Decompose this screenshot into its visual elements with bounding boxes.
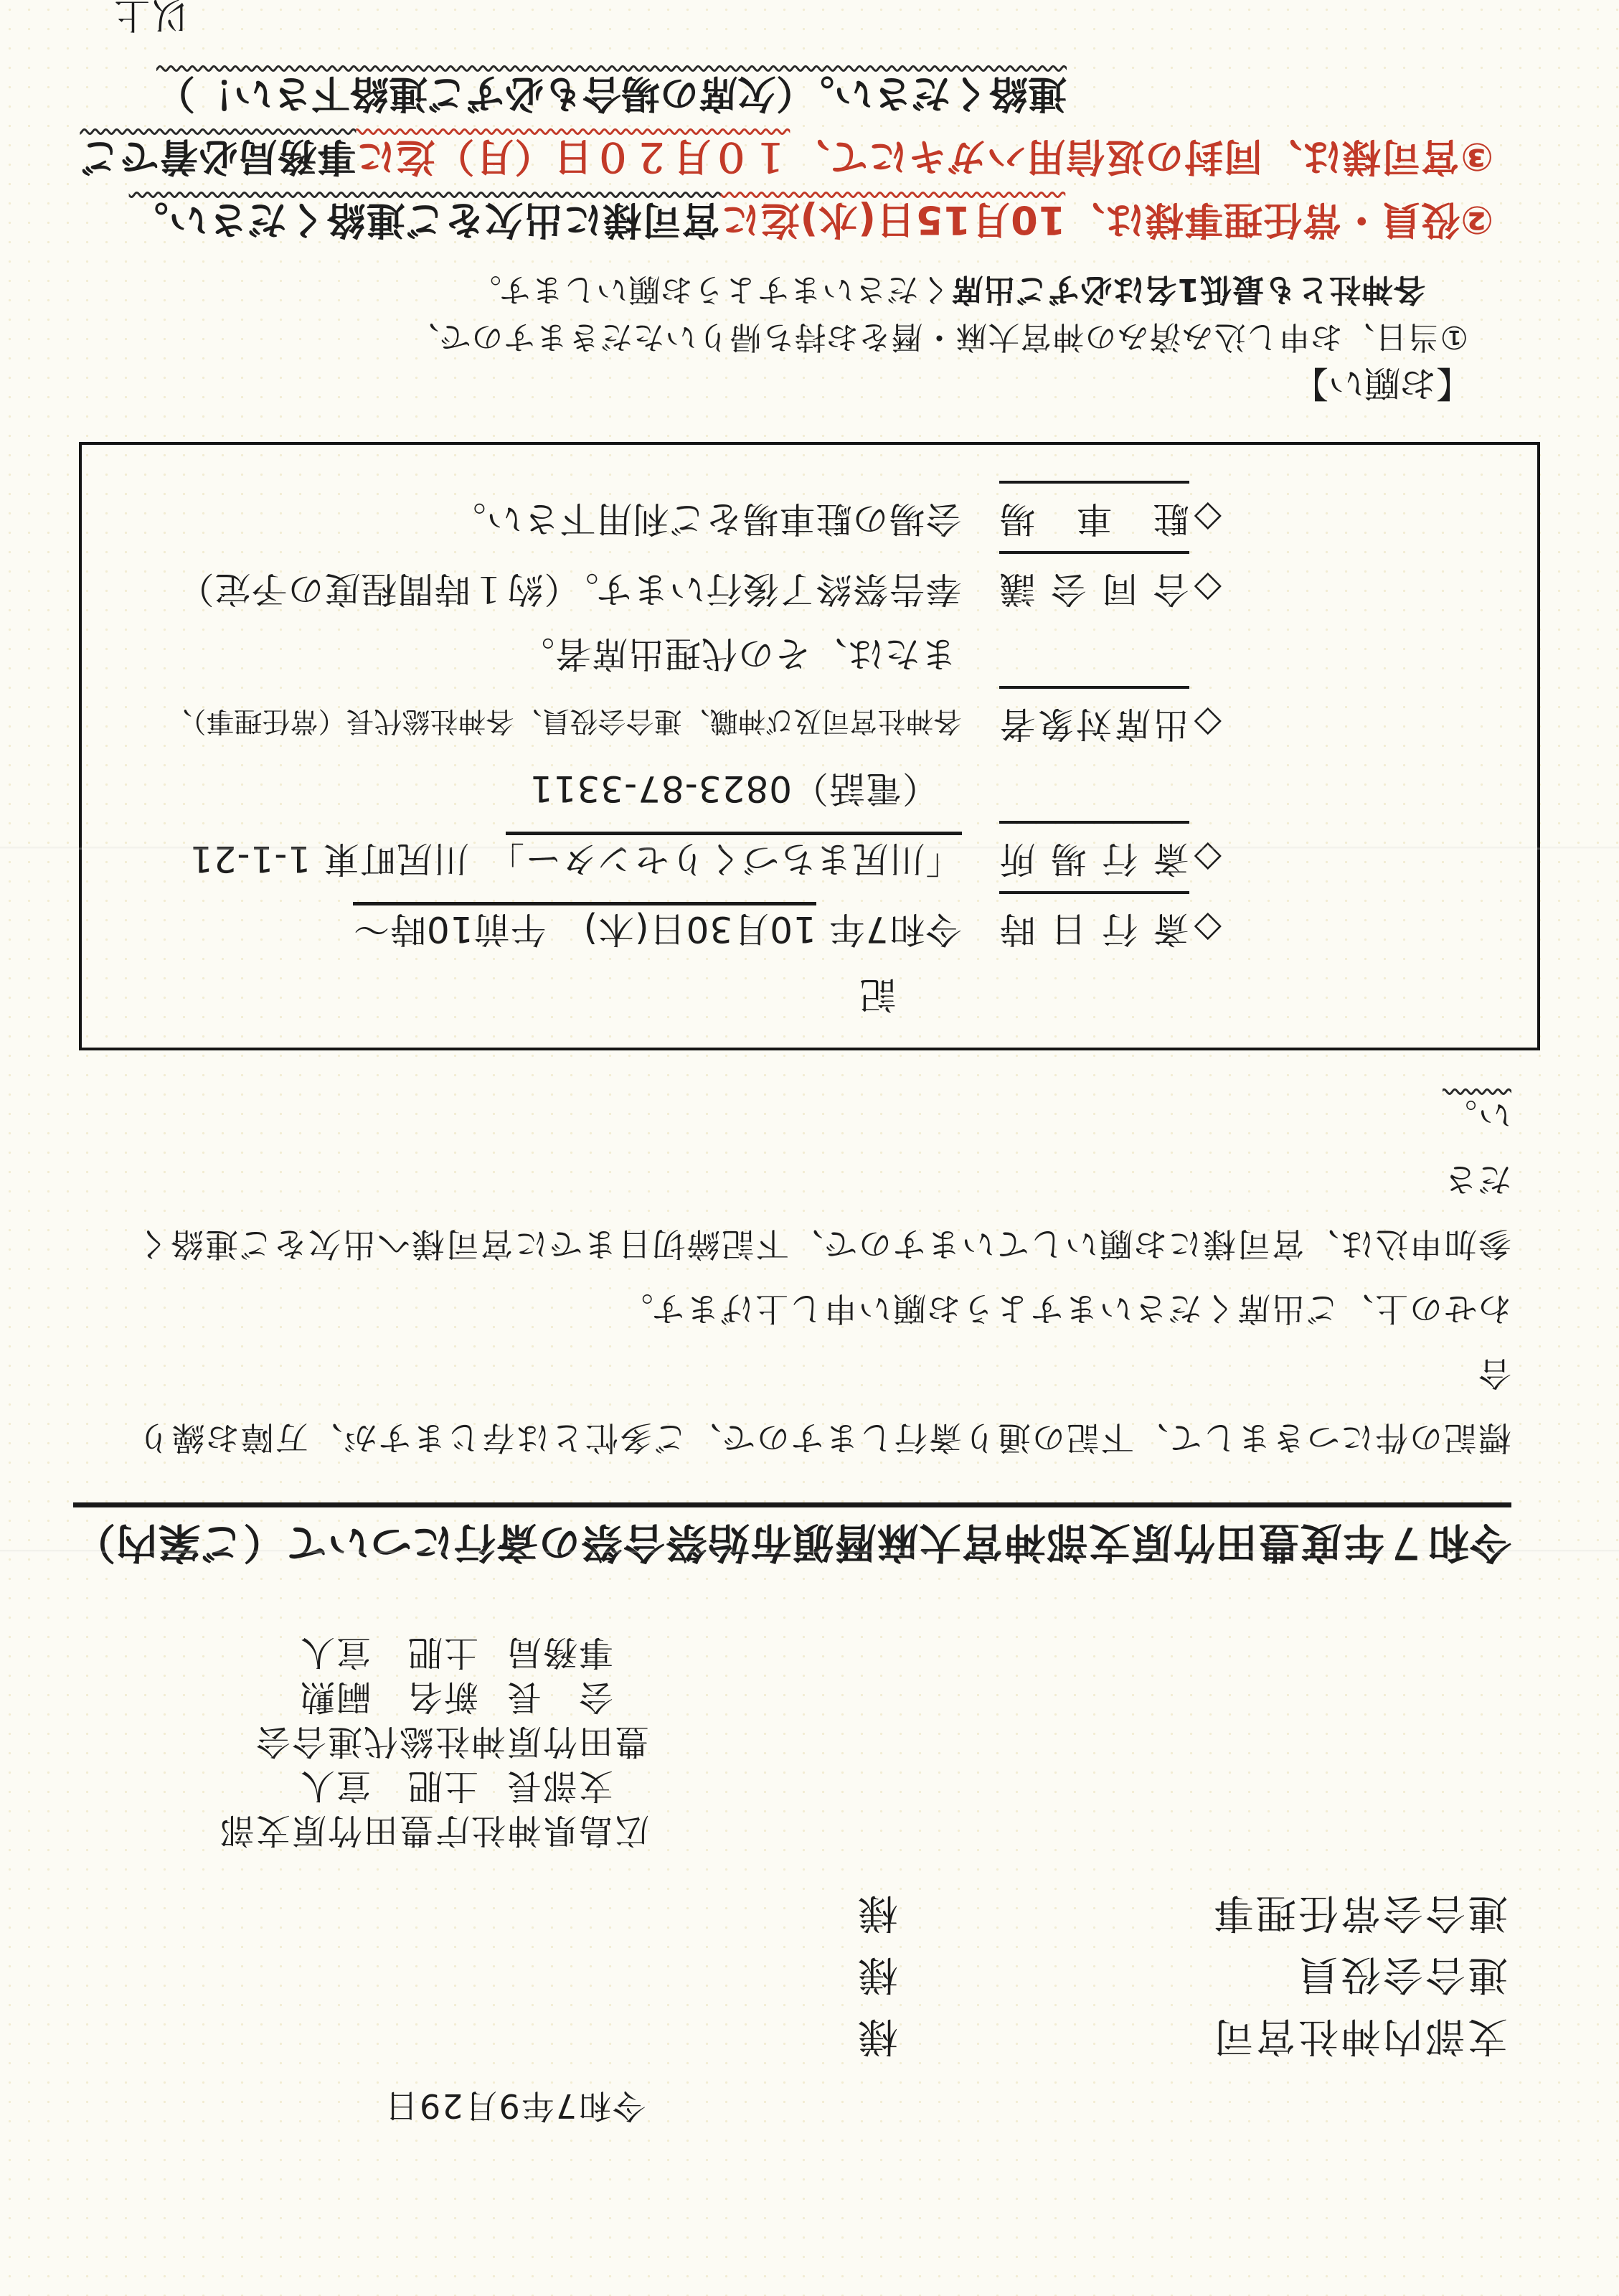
recipient-line: 連合会常任理事様 — [108, 1881, 1508, 1943]
sender-org2: 豊田竹原神社総代連合会 — [219, 1719, 649, 1764]
para1-line2: わせの上、ご出席くださいますようお願い申し上げます。 — [619, 1289, 1511, 1328]
sender-org1: 広島県神社庁豊田竹原支部 — [219, 1808, 649, 1853]
diamond-icon: ◇ — [1194, 568, 1222, 610]
body-paragraph-2: 参加申込は、宮司様にお願いしていますので、下記締切日までに宮司様へ出欠をご連絡く… — [108, 1083, 1511, 1276]
notice-row-parking: ◇駐車場会場の駐車場をご利用下さい。 — [103, 481, 1222, 551]
datetime-underlined: 10月30日(木) 午前10時～ — [353, 902, 816, 950]
notice-row-phone: （電話）0823-87-3311 — [103, 756, 1222, 821]
letter-sheet-rotated-180: 令和7年9月29日 支部内神社宮司様 連合会役員様 連合会常任理事様 広島県神社… — [0, 0, 1619, 2296]
place-phone: （電話）0823-87-3311 — [529, 768, 938, 809]
notice-row-attendees: ◇出席対象者各神社宮司及び神職、連合会役員、各神社総代長（常任理事）、 — [103, 686, 1222, 756]
parking-value: 会場の駐車場をご利用下さい。 — [450, 498, 962, 540]
diamond-icon: ◇ — [1194, 498, 1222, 540]
attendees-value: 各神社宮司及び神職、連合会役員、各神社総代長（常任理事）、 — [164, 705, 962, 737]
note2-red-deadline: 10月15日(水)迄に — [721, 197, 1066, 243]
notice-row-place: ◇斎行場所「川尻まちづくりセンター」 川尻町東 1-1-21 — [103, 821, 1222, 891]
recipient-honorific: 様 — [856, 2013, 898, 2059]
note-1: ①当日、お申し込み済みの神宮大麻・暦をお持ち帰りいただきますので、 各神社とも最… — [108, 265, 1468, 360]
note3-red-deadline: １０月２０日（月）迄に — [356, 134, 790, 179]
notice-row-attendees-cont: または、その代理出席者。 — [103, 621, 1222, 686]
recipient-name: 連合会役員 — [898, 1943, 1508, 2005]
note3-black-rest: 事務局必着でご — [80, 134, 356, 179]
note2-red-lead: ②役員・常任理事様は、 — [1065, 197, 1493, 243]
para2-line2-wavy: い。 — [1443, 1096, 1511, 1134]
diamond-icon: ◇ — [1194, 703, 1222, 745]
sender-role2: 会 長 — [506, 1677, 613, 1717]
notes-heading: 【お願い】 — [108, 360, 1472, 406]
datetime-plain: 令和7年 — [816, 908, 962, 950]
recipient-honorific: 様 — [856, 1889, 898, 1936]
note1-line2: 各神社とも最低1名は必ずご出席くださいますようお願いします。 — [469, 271, 1425, 308]
row-label: 斎行日時 — [999, 891, 1189, 961]
row-label: 出席対象者 — [999, 686, 1189, 756]
title-row: 令和７年度豊田竹原支部神宮大麻暦頒布始祭合祭の斎行について（ご案内） — [108, 1502, 1511, 1576]
place-address: 川尻町東 1-1-21 — [189, 838, 506, 880]
note-2: ②役員・常任理事様は、10月15日(水)迄に宮司様に出欠をご連絡ください。 — [108, 188, 1493, 251]
row-label: 合同会議 — [999, 551, 1189, 621]
note-3-continuation: 連絡ください。（欠席の場合も必ずご連絡下さい！） — [108, 62, 1067, 125]
note1-line1: ①当日、お申し込み済みの神宮大麻・暦をお持ち帰りいただきますので、 — [407, 319, 1468, 355]
recipient-line: 支部内神社宮司様 — [108, 2005, 1508, 2066]
note-3: ③宮司様は、同封の返信用ハガキにて、１０月２０日（月）迄に事務局必着でご — [108, 125, 1493, 188]
closing-ijou: 以上 — [108, 0, 1511, 37]
row-value: 令和7年 10月30日(木) 午前10時～ — [353, 908, 962, 950]
body-paragraph-1: 標記の件につきまして、下記の通り斎行しますので、ご多忙とは存じますが、万障お繰り… — [108, 1276, 1511, 1470]
sender-name1: 土肥 宣人 — [299, 1766, 478, 1806]
recipient-block: 支部内神社宮司様 連合会役員様 連合会常任理事様 — [108, 1881, 1508, 2066]
scanned-page: 令和7年9月29日 支部内神社宮司様 連合会役員様 連合会常任理事様 広島県神社… — [0, 0, 1619, 2296]
sender-line3: 事務局土肥 宣人 — [219, 1630, 649, 1675]
para1-line1: 標記の件につきまして、下記の通り斎行しますので、ご多忙とは存じますが、万障お繰り… — [136, 1354, 1511, 1457]
notice-row-meeting: ◇合同会議奉告祭終了後行います。（約１時間程度の予定） — [103, 551, 1222, 621]
notice-row-datetime: ◇斎行日時令和7年 10月30日(木) 午前10時～ — [103, 891, 1222, 961]
note2-black-rest: 宮司様に出欠をご連絡ください。 — [129, 197, 721, 243]
recipient-honorific: 様 — [856, 1951, 898, 1998]
sender-line2: 会 長新名 嗣勲 — [219, 1675, 649, 1719]
sender-name2: 新名 嗣勲 — [299, 1677, 478, 1717]
diamond-icon: ◇ — [1194, 838, 1222, 880]
sender-role1: 支部長 — [506, 1766, 613, 1806]
recipient-name: 連合会常任理事 — [898, 1881, 1508, 1943]
notice-box-heading: 記 — [103, 961, 1537, 1026]
letter-date: 令和7年9月29日 — [108, 2084, 1511, 2127]
sender-name3: 土肥 宣人 — [299, 1632, 478, 1672]
sender-role3: 事務局 — [506, 1632, 613, 1672]
para2-line1: 参加申込は、宮司様にお願いしていますので、下記締切日までに宮司様へ出欠をご連絡く… — [135, 1160, 1511, 1264]
notice-box: 記 ◇斎行日時令和7年 10月30日(木) 午前10時～ ◇斎行場所「川尻まちづ… — [79, 442, 1540, 1050]
meeting-value: 奉告祭終了後行います。（約１時間程度の予定） — [178, 568, 962, 610]
row-label: 駐車場 — [999, 481, 1189, 551]
letter-title: 令和７年度豊田竹原支部神宮大麻暦頒布始祭合祭の斎行について（ご案内） — [73, 1502, 1511, 1576]
diamond-icon: ◇ — [1194, 908, 1222, 950]
recipient-line: 連合会役員様 — [108, 1943, 1508, 2005]
sender-block: 広島県神社庁豊田竹原支部 支部長土肥 宣人 豊田竹原神社総代連合会 会 長新名 … — [219, 1630, 649, 1853]
note1-emphasis: 各神社とも最低1名は必ずご出席 — [950, 271, 1425, 308]
attendees-continued: または、その代理出席者。 — [518, 633, 957, 674]
note3-red-lead: ③宮司様は、同封の返信用ハガキにて、 — [790, 134, 1493, 179]
recipient-name: 支部内神社宮司 — [898, 2005, 1508, 2066]
place-underlined: 「川尻まちづくりセンター」 — [506, 832, 962, 880]
sender-line1: 支部長土肥 宣人 — [219, 1764, 649, 1808]
row-value: 「川尻まちづくりセンター」 川尻町東 1-1-21 — [189, 838, 962, 880]
row-label: 斎行場所 — [999, 821, 1189, 891]
note3-line2-wavy: 連絡ください。（欠席の場合も必ずご連絡下さい！） — [156, 71, 1067, 116]
note1-rest: くださいますようお願いします。 — [469, 271, 950, 308]
